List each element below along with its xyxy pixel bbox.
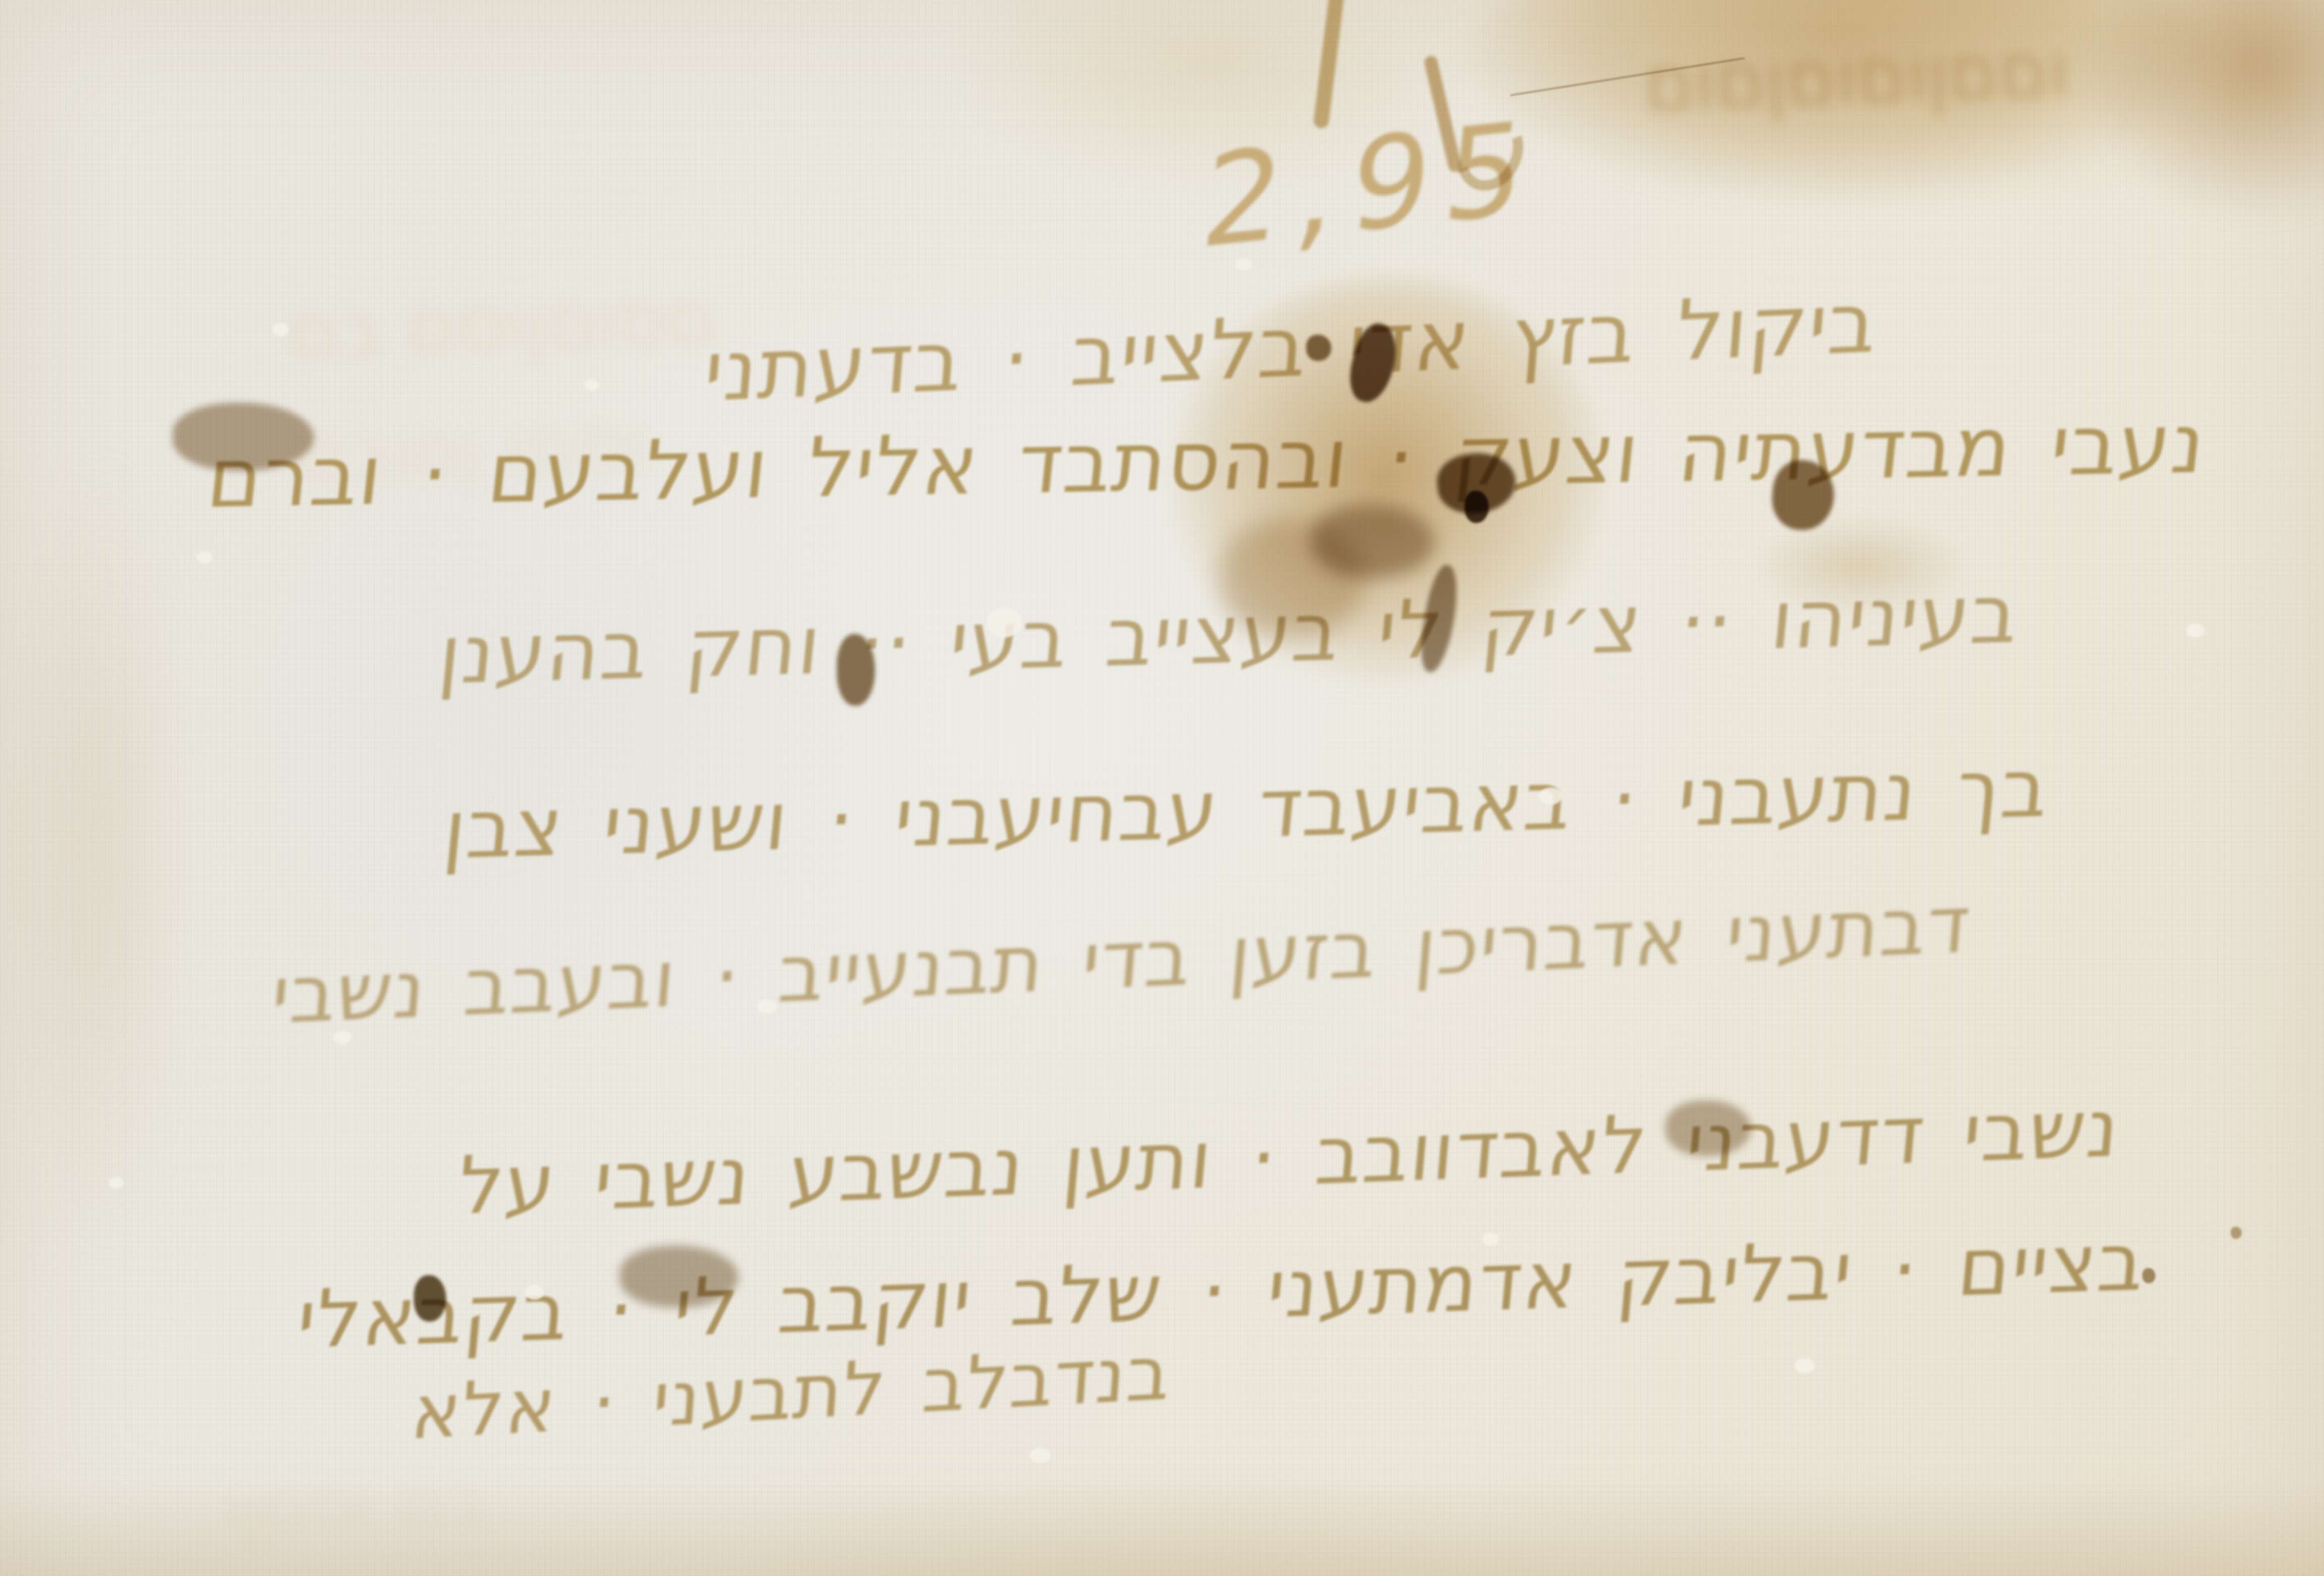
ink-speck [2142, 1268, 2155, 1283]
paper-fleck [1795, 1358, 1815, 1373]
smudged-text: וםםןוםוםןםום [1487, 15, 2071, 145]
paper-fleck [2186, 623, 2204, 638]
paper-fleck [1030, 1448, 1051, 1463]
ink-speck [2231, 1227, 2242, 1239]
stain-corner [2079, 0, 2324, 222]
manuscript-page: םסוםןוסם בם וסםו ןםובם בם וסםןו וםםןוםום… [0, 0, 2324, 1576]
text-line-3: בעיניהו ·· צ׳יק לי בעצייב בעי ·· וחק בהע… [66, 555, 2024, 724]
paper-fleck [197, 551, 212, 563]
text-line-5: דבתעני אדבריכן בזען בדי תבנעייב · ובעבב … [65, 867, 1975, 1062]
header-mark: 2,95 [1193, 74, 1548, 295]
text-line-4: בך נתעבני · באביעבד עבחיעבני · ושעני צבן [101, 729, 2055, 898]
